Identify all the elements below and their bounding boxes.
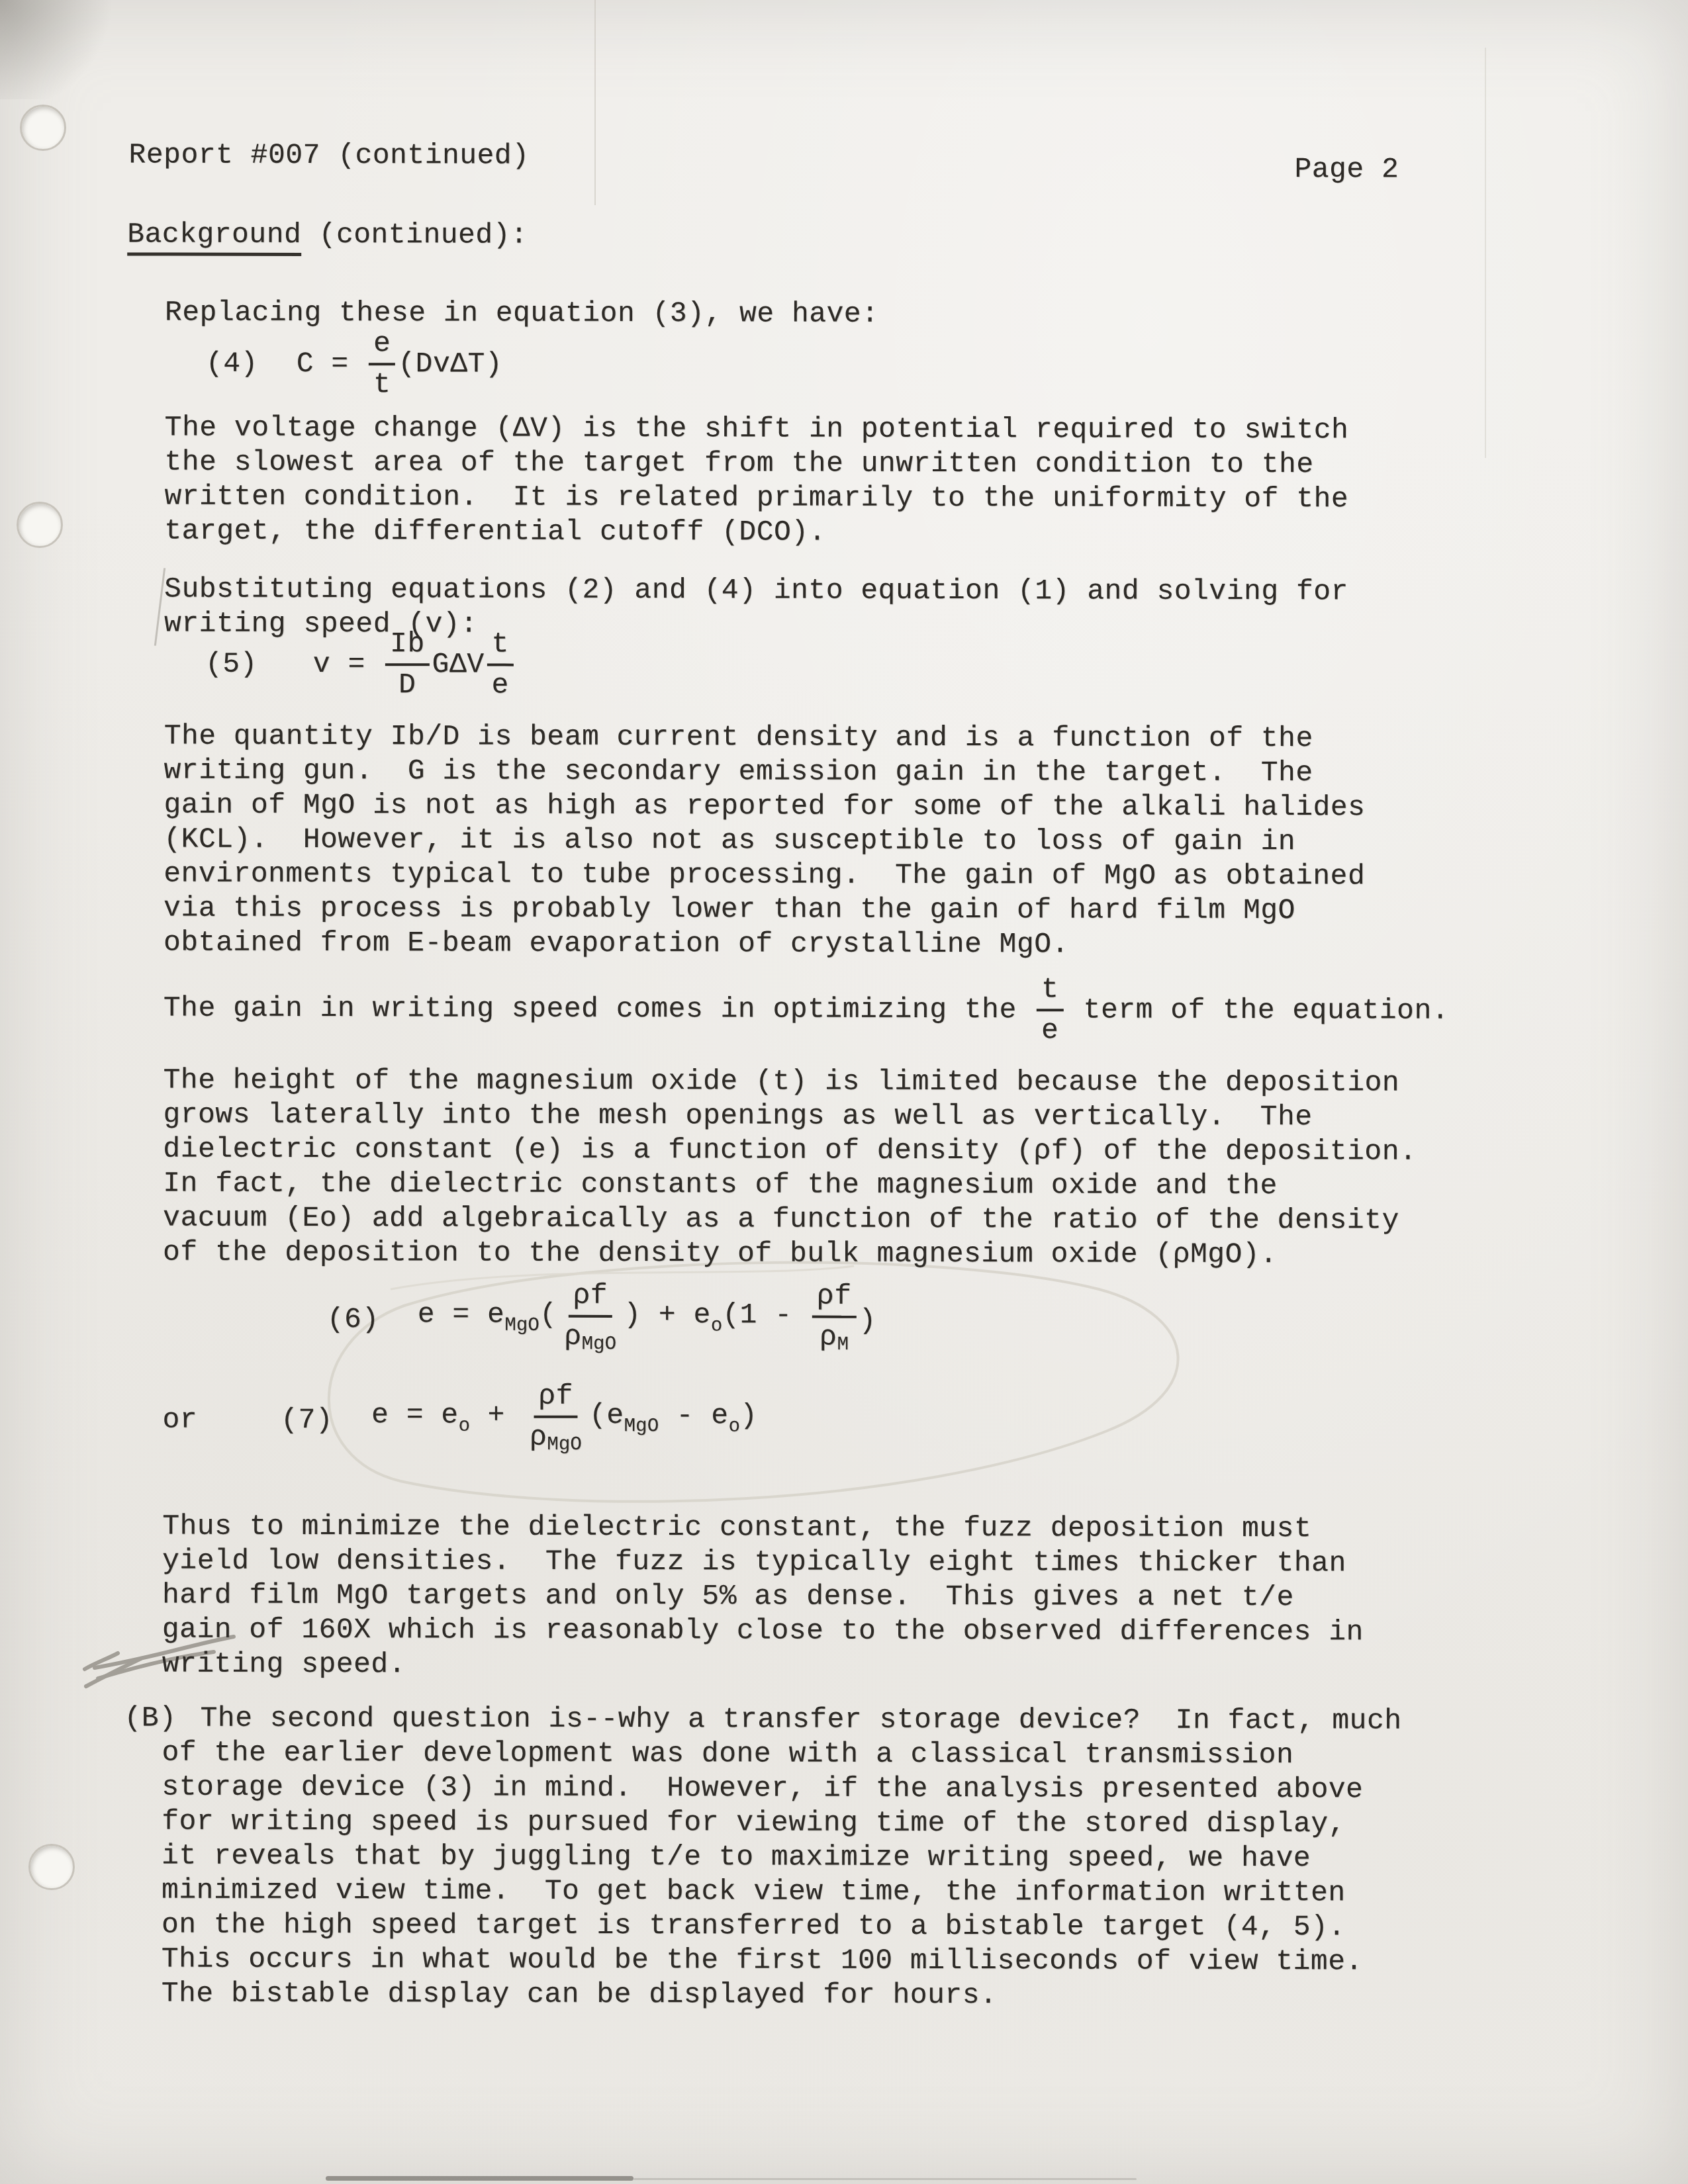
paragraph-voltage-change: The voltage change (ΔV) is the shift in …: [164, 411, 1348, 551]
eq-term: ρ: [564, 1320, 581, 1353]
fraction-numerator: ρf: [534, 1379, 578, 1418]
gain-text-before: The gain in writing speed comes in optim…: [164, 991, 1034, 1028]
subscript-o: o: [459, 1414, 471, 1436]
fraction-rhof-over-rho-mgo: ρf ρMgO: [559, 1279, 621, 1361]
subscript-mgo: MgO: [547, 1433, 582, 1455]
paragraph-mgo-height: The height of the magnesium oxide (t) is…: [163, 1064, 1417, 1273]
subscript-mgo: MgO: [624, 1415, 659, 1437]
eq-term: (e: [589, 1398, 624, 1431]
equation-4-lhs: C =: [297, 347, 366, 381]
scanned-document-page: Report #007 (continued) Page 2 Backgroun…: [0, 0, 1688, 2184]
equation-6-close: ): [859, 1303, 876, 1338]
eq-term: ) + e: [624, 1298, 711, 1330]
fraction-numerator: ρf: [812, 1279, 857, 1318]
equation-7-or: or: [162, 1402, 197, 1437]
eq-term: ): [740, 1399, 757, 1432]
fraction-numerator: t: [1037, 972, 1063, 1011]
eq-term: (1 -: [722, 1298, 810, 1331]
equation-7: or (7) e = eo + ρf ρMgO (eMgO - eo): [162, 1379, 757, 1463]
equation-4-number: (4): [206, 347, 258, 381]
fraction-denominator: ρM: [815, 1318, 853, 1362]
equation-6-number: (6): [327, 1302, 379, 1337]
page-number-label: Page 2: [1294, 152, 1399, 187]
fraction-t-over-e: t e: [487, 627, 514, 703]
eq-term: e = e: [371, 1398, 459, 1431]
fraction-ib-over-d: Ib D: [385, 627, 430, 702]
fraction-numerator: Ib: [385, 627, 430, 666]
paragraph-beam-current: The quantity Ib/D is beam current densit…: [164, 719, 1366, 963]
subscript-mgo: MgO: [504, 1314, 539, 1336]
fraction-numerator: e: [369, 326, 395, 365]
section-heading-underlined: Background: [127, 218, 301, 256]
fraction-denominator: e: [487, 666, 513, 703]
typewritten-content: Report #007 (continued) Page 2 Backgroun…: [0, 0, 1688, 2184]
subscript-o: o: [711, 1314, 723, 1336]
fraction-numerator: ρf: [568, 1279, 612, 1318]
fraction-denominator: t: [369, 365, 395, 402]
fraction-denominator: ρMgO: [559, 1318, 621, 1361]
eq-term: ρ: [820, 1321, 837, 1353]
equation-7-lhs: e = eo +: [371, 1398, 522, 1443]
fraction-denominator: D: [394, 666, 420, 702]
subscript-m: M: [837, 1334, 849, 1355]
fraction-denominator: e: [1037, 1011, 1063, 1048]
equation-7-rhs: (eMgO - eo): [589, 1398, 757, 1443]
report-title: Report #007 (continued): [128, 138, 529, 173]
paragraph-minimize-dielectric: Thus to minimize the dielectric constant…: [162, 1510, 1364, 1684]
equation-5-middle: GΔV: [432, 647, 485, 682]
equation-6: (6) e = eMgO( ρf ρMgO ) + eo(1 - ρf ρM ): [327, 1278, 876, 1362]
subscript-mgo: MgO: [581, 1333, 616, 1355]
eq-term: (: [539, 1298, 557, 1330]
fraction-rhof-over-rho-mgo: ρf ρMgO: [525, 1379, 586, 1462]
fraction-e-over-t: e t: [369, 326, 396, 402]
paragraph-second-question: The second question is--why a transfer s…: [162, 1702, 1402, 2014]
equation-4: (4) C = e t (DvΔT): [206, 326, 503, 402]
eq-term: +: [470, 1398, 522, 1431]
subscript-o: o: [728, 1415, 740, 1437]
eq-term: e = e: [418, 1298, 505, 1330]
equation-6-lhs: e = eMgO(: [418, 1297, 557, 1343]
eq-term: ρ: [530, 1421, 547, 1453]
equation-6-middle: ) + eo(1 -: [624, 1297, 810, 1343]
equation-5: (5) v = Ib D GΔV t e: [205, 627, 516, 703]
section-heading-rest: (continued):: [301, 218, 528, 251]
equation-5-number: (5): [205, 647, 258, 682]
fraction-numerator: t: [487, 627, 514, 666]
equation-5-lhs: v =: [313, 647, 383, 682]
eq-term: - e: [659, 1399, 728, 1432]
fraction-rhof-over-rho-m: ρf ρM: [812, 1279, 857, 1362]
paragraph-gain-optimizing: The gain in writing speed comes in optim…: [164, 971, 1449, 1049]
equation-7-number: (7): [281, 1403, 333, 1437]
equation-4-rhs: (DvΔT): [398, 347, 502, 381]
fraction-t-over-e: t e: [1037, 972, 1064, 1048]
gain-text-after: term of the equation.: [1066, 993, 1449, 1028]
fraction-denominator: ρMgO: [525, 1418, 586, 1462]
section-heading: Background (continued):: [127, 217, 528, 252]
